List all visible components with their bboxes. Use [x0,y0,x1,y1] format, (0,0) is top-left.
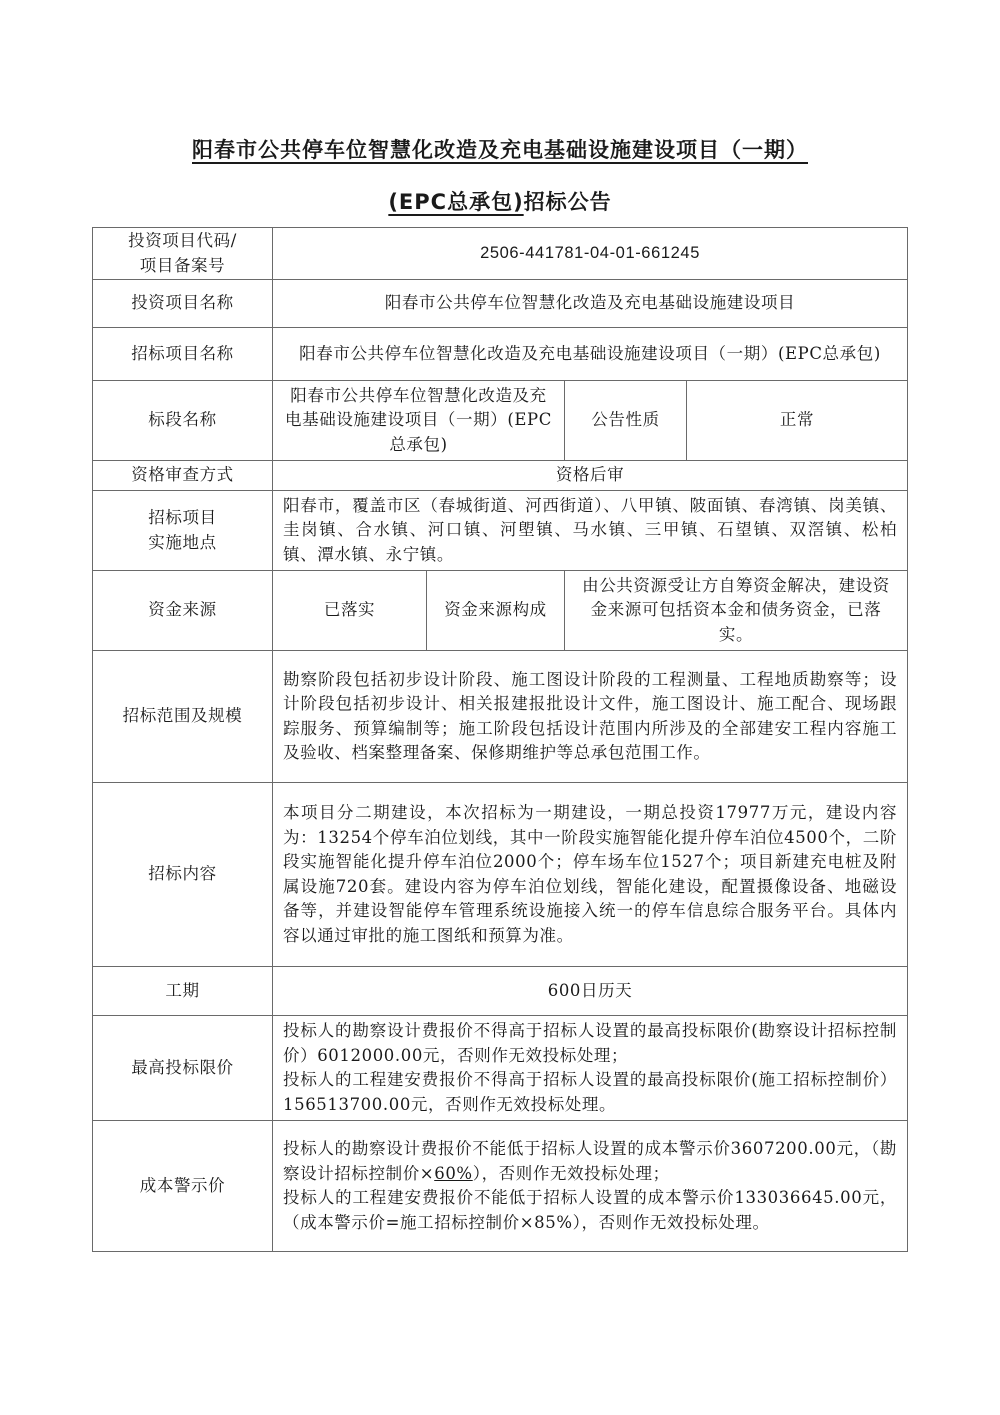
max-price-construction: 投标人的工程建安费报价不得高于招标人设置的最高投标限价(施工招标控制价）1565… [283,1068,897,1117]
label-line: 项目备案号 [103,254,262,279]
label-funding-composition: 资金来源构成 [427,571,565,651]
warning-text: ），否则作无效投标处理； [473,1164,670,1183]
document-title-main: 阳春市公共停车位智慧化改造及充电基础设施建设项目（一期） [192,138,808,162]
value-location: 阳春市，覆盖市区（春城街道、河西街道）、八甲镇、陂面镇、春湾镇、岗美镇、圭岗镇、… [273,491,908,571]
value-funding: 已落实 [273,571,427,651]
label-funding: 资金来源 [93,571,273,651]
label-section-name: 标段名称 [93,381,273,461]
row-location: 招标项目 实施地点 阳春市，覆盖市区（春城街道、河西街道）、八甲镇、陂面镇、春湾… [93,491,908,571]
label-max-bid-price: 最高投标限价 [93,1016,273,1121]
row-funding: 资金来源 已落实 资金来源构成 由公共资源受让方自筹资金解决，建设资金来源可包括… [93,571,908,651]
label-tender-project-name: 招标项目名称 [93,328,273,381]
tender-info-table: 投资项目代码/ 项目备案号 2506-441781-04-01-661245 投… [92,227,908,1252]
row-scope: 招标范围及规模 勘察阶段包括初步设计阶段、施工图设计阶段的工程测量、工程地质勘察… [93,651,908,783]
value-section-name: 阳春市公共停车位智慧化改造及充电基础设施建设项目（一期）(EPC总承包) [273,381,565,461]
label-investment-project-name: 投资项目名称 [93,280,273,328]
value-funding-composition: 由公共资源受让方自筹资金解决，建设资金来源可包括资本金和债务资金，已落实。 [565,571,908,651]
label-cost-warning-price: 成本警示价 [93,1121,273,1252]
row-investment-project-name: 投资项目名称 阳春市公共停车位智慧化改造及充电基础设施建设项目 [93,280,908,328]
warning-price-construction: 投标人的工程建安费报价不能低于招标人设置的成本警示价133036645.00元，… [283,1186,897,1235]
document-title-notice: 招标公告 [524,190,612,214]
max-price-survey-design: 投标人的勘察设计费报价不得高于招标人设置的最高投标限价(勘察设计招标控制价）60… [283,1019,897,1068]
label-project-code: 投资项目代码/ 项目备案号 [93,228,273,280]
row-tender-project-name: 招标项目名称 阳春市公共停车位智慧化改造及充电基础设施建设项目（一期）(EPC总… [93,328,908,381]
row-qualification-review: 资格审查方式 资格后审 [93,461,908,491]
label-location: 招标项目 实施地点 [93,491,273,571]
label-qualification-review: 资格审查方式 [93,461,273,491]
row-content: 招标内容 本项目分二期建设，本次招标为一期建设，一期总投资17977万元，建设内… [93,783,908,967]
value-investment-project-name: 阳春市公共停车位智慧化改造及充电基础设施建设项目 [273,280,908,328]
value-max-bid-price: 投标人的勘察设计费报价不得高于招标人设置的最高投标限价(勘察设计招标控制价）60… [273,1016,908,1121]
label-duration: 工期 [93,967,273,1016]
row-section-name: 标段名称 阳春市公共停车位智慧化改造及充电基础设施建设项目（一期）(EPC总承包… [93,381,908,461]
row-max-bid-price: 最高投标限价 投标人的勘察设计费报价不得高于招标人设置的最高投标限价(勘察设计招… [93,1016,908,1121]
label-line: 投资项目代码/ [103,229,262,254]
value-scope: 勘察阶段包括初步设计阶段、施工图设计阶段的工程测量、工程地质勘察等；设计阶段包括… [273,651,908,783]
document-title-line2: (EPC总承包)招标公告 [0,186,1000,216]
value-qualification-review: 资格后审 [273,461,908,491]
row-cost-warning-price: 成本警示价 投标人的勘察设计费报价不能低于招标人设置的成本警示价3607200.… [93,1121,908,1252]
value-content: 本项目分二期建设，本次招标为一期建设，一期总投资17977万元，建设内容为：13… [273,783,908,967]
label-scope: 招标范围及规模 [93,651,273,783]
value-project-code: 2506-441781-04-01-661245 [273,228,908,280]
label-line: 实施地点 [103,531,262,556]
value-cost-warning-price: 投标人的勘察设计费报价不能低于招标人设置的成本警示价3607200.00元，（勘… [273,1121,908,1252]
label-notice-nature: 公告性质 [565,381,687,461]
value-duration: 600日历天 [273,967,908,1016]
row-project-code: 投资项目代码/ 项目备案号 2506-441781-04-01-661245 [93,228,908,280]
document-title-line1: 阳春市公共停车位智慧化改造及充电基础设施建设项目（一期） [0,134,1000,164]
label-line: 招标项目 [103,506,262,531]
document-title-epc: (EPC总承包) [388,190,523,214]
warning-price-survey-design: 投标人的勘察设计费报价不能低于招标人设置的成本警示价3607200.00元，（勘… [283,1137,897,1186]
row-duration: 工期 600日历天 [93,967,908,1016]
value-tender-project-name: 阳春市公共停车位智慧化改造及充电基础设施建设项目（一期）(EPC总承包) [273,328,908,381]
label-content: 招标内容 [93,783,273,967]
warning-percent: 60% [434,1164,472,1183]
value-notice-nature: 正常 [687,381,908,461]
